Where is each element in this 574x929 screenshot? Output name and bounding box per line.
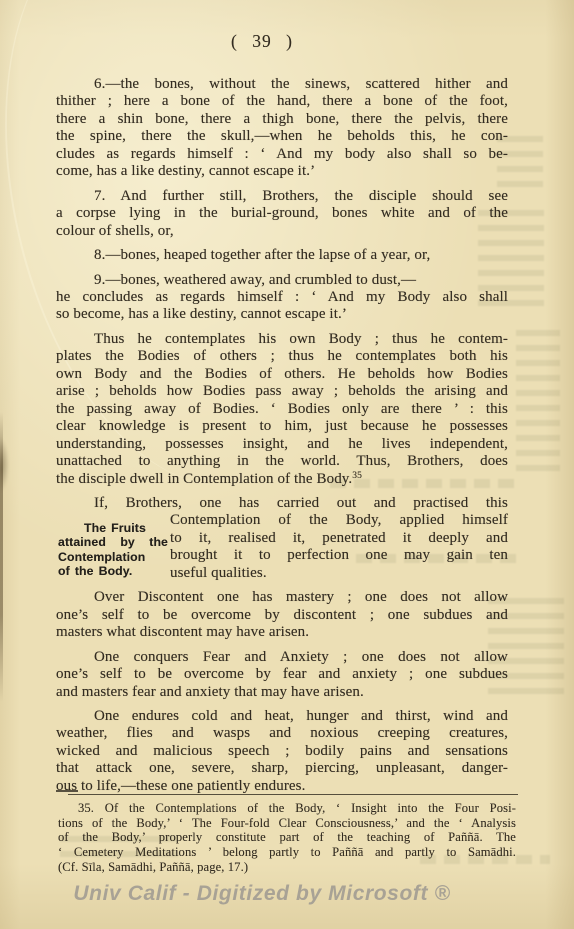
text-line: (Cf. Sīla, Samādhi, Paññā, page, 17.) xyxy=(58,860,516,875)
text-line: 35. Of the Contemplations of the Body, ‘… xyxy=(58,801,516,816)
text-line: If, Brothers, one has carried out and pr… xyxy=(56,495,508,512)
text-line: cludes as regards himself : ‘ And my bod… xyxy=(56,146,508,163)
text-line: one’s self to be overcome by discontent … xyxy=(56,607,508,624)
paragraph: Over Discontent one has mastery ; one do… xyxy=(56,589,508,641)
text-line: thither ; here a bone of the hand, there… xyxy=(56,93,508,110)
text-line: clear knowledge is present to him, just … xyxy=(56,418,508,435)
text-line: understanding, possesses insight, and he… xyxy=(56,436,508,453)
text-line: 6.—the bones, without the sinews, scatte… xyxy=(56,76,508,93)
paragraph: Thus he contemplates his own Body ; thus… xyxy=(56,331,508,488)
text-line: brought it to perfection one may gain te… xyxy=(170,547,508,564)
paragraph: One endures cold and heat, hunger and th… xyxy=(56,708,508,795)
text-line: unattached to anything in the world. Thu… xyxy=(56,453,508,470)
paragraph: 8.—bones, heaped together after the laps… xyxy=(56,247,508,264)
text-line: One endures cold and heat, hunger and th… xyxy=(56,708,508,725)
margin-note-line: attained by the xyxy=(58,535,168,549)
text-line: he concludes as regards himself : ‘ And … xyxy=(56,289,508,306)
text-line: useful qualities. xyxy=(170,565,508,582)
page-edge-smudge xyxy=(0,438,9,492)
text-line: wicked and malicious speech ; bodily pai… xyxy=(56,743,508,760)
text-line: and masters fear and anxiety that may ha… xyxy=(56,684,508,701)
text-line: weather, flies and wasps and noxious cre… xyxy=(56,725,508,742)
text-line: so become, has a like destiny, cannot es… xyxy=(56,306,508,323)
text-line: the spine, there the skull,—when he beho… xyxy=(56,128,508,145)
text-line: to it, realised it, penetrated it deeply… xyxy=(170,530,508,547)
text-line: own Body and the Bodies of others. He be… xyxy=(56,366,508,383)
text-line: ous to life,—these one patiently endures… xyxy=(56,778,508,795)
text-line: Thus he contemplates his own Body ; thus… xyxy=(56,331,508,348)
text-line: 7. And further still, Brothers, the disc… xyxy=(56,188,508,205)
text-line: Contemplation of the Body, applied himse… xyxy=(170,512,508,529)
paragraph: 35. Of the Contemplations of the Body, ‘… xyxy=(58,801,516,875)
text-line: plates the Bodies of others ; thus he co… xyxy=(56,348,508,365)
scanned-book-page: ( 39 ) 6.—the bones, without the sinews,… xyxy=(0,0,574,929)
paragraph: The Fruitsattained by theContemplationof… xyxy=(56,495,508,582)
text-line: arise ; beholds how Bodies pass away ; b… xyxy=(56,383,508,400)
text-line: a corpse lying in the burial-ground, bon… xyxy=(56,205,508,222)
text-line: come, has a like destiny, cannot escape … xyxy=(56,163,508,180)
page-number: ( 39 ) xyxy=(0,31,524,52)
text-line: Over Discontent one has mastery ; one do… xyxy=(56,589,508,606)
footnote-separator-rule xyxy=(68,794,518,795)
text-line: One conquers Fear and Anxiety ; one does… xyxy=(56,649,508,666)
show-through-artifact xyxy=(516,330,560,480)
text-line: masters what discontent may have arisen. xyxy=(56,624,508,641)
text-line: that attack one, severe, sharp, piercing… xyxy=(56,760,508,777)
margin-note: The Fruitsattained by theContemplationof… xyxy=(58,521,168,579)
text-line: of the Body,’ properly constitute part o… xyxy=(58,830,516,845)
paragraph: 7. And further still, Brothers, the disc… xyxy=(56,188,508,240)
digitization-watermark: Univ Calif - Digitized by Microsoft ® xyxy=(0,882,524,906)
margin-note-line: The Fruits xyxy=(58,521,168,535)
text-line: the disciple dwell in Contemplation of t… xyxy=(56,471,508,488)
text-line: tions of the Body,’ ‘ The Four-fold Clea… xyxy=(58,816,516,831)
margin-note-line: Contemplation xyxy=(58,550,168,564)
body-text: 6.—the bones, without the sinews, scatte… xyxy=(56,76,508,795)
text-line: 9.—bones, weathered away, and crumbled t… xyxy=(56,272,508,289)
text-line: one’s self to be overcome by fear and an… xyxy=(56,666,508,683)
text-line: the passing away of Bodies. ‘ Bodies onl… xyxy=(56,401,508,418)
footnote: 35. Of the Contemplations of the Body, ‘… xyxy=(58,801,516,875)
paragraph: 9.—bones, weathered away, and crumbled t… xyxy=(56,272,508,324)
footnote-separator-dash xyxy=(56,790,78,792)
text-line: colour of shells, or, xyxy=(56,223,508,240)
paragraph: 6.—the bones, without the sinews, scatte… xyxy=(56,76,508,181)
text-line: 8.—bones, heaped together after the laps… xyxy=(56,247,508,264)
paragraph: One conquers Fear and Anxiety ; one does… xyxy=(56,649,508,701)
text-line: there a shin bone, there a thigh bone, t… xyxy=(56,111,508,128)
margin-note-line: of the Body. xyxy=(58,564,168,578)
text-line: ‘ Cemetery Meditations ’ belong partly t… xyxy=(58,845,516,860)
